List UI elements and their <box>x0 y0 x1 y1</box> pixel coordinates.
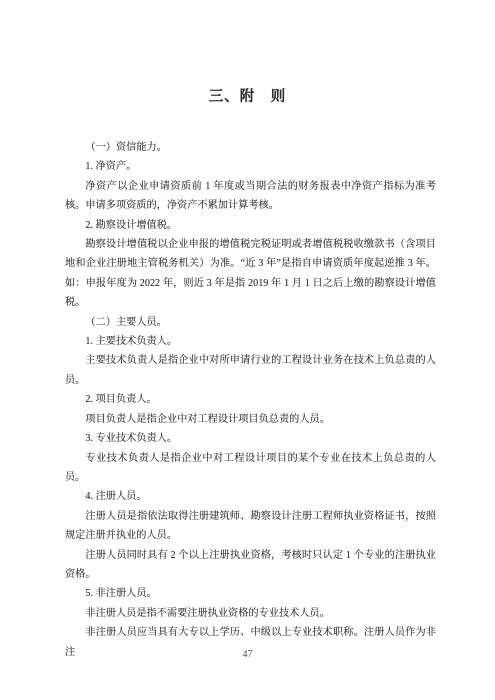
paragraph: 主要技术负责人是指企业中对所申请行业的工程设计业务在技术上负总责的人员。 <box>65 351 436 390</box>
paragraph: 2. 项目负责人。 <box>65 390 436 409</box>
paragraph: 注册人员同时具有 2 个以上注册执业资格，考核时只认定 1 个专业的注册执业资格… <box>65 546 436 585</box>
paragraph: 非注册人员是指不需要注册执业资格的专业技术人员。 <box>65 604 436 623</box>
paragraph: 1. 净资产。 <box>65 157 436 176</box>
document-page: 三、附 则 （一）资信能力。1. 净资产。净资产以企业申请资质前 1 年度或当期… <box>0 0 495 700</box>
paragraph: （一）资信能力。 <box>65 138 436 157</box>
page-title: 三、附 则 <box>0 87 495 108</box>
paragraph: 净资产以企业申请资质前 1 年度或当期合法的财务报表中净资产指标为准考核。申请多… <box>65 177 436 216</box>
document-body: （一）资信能力。1. 净资产。净资产以企业申请资质前 1 年度或当期合法的财务报… <box>65 138 436 662</box>
paragraph: 4. 注册人员。 <box>65 487 436 506</box>
paragraph: 专业技术负责人是指企业中对工程设计项目的某个专业在技术上负总责的人员。 <box>65 449 436 488</box>
paragraph: 1. 主要技术负责人。 <box>65 332 436 351</box>
page-number: 47 <box>0 648 495 662</box>
paragraph: 项目负责人是指企业中对工程设计项目负总责的人员。 <box>65 410 436 429</box>
paragraph: 注册人员是指依法取得注册建筑师、勘察设计注册工程师执业资格证书，按照规定注册并执… <box>65 507 436 546</box>
paragraph: （二）主要人员。 <box>65 313 436 332</box>
paragraph: 5. 非注册人员。 <box>65 584 436 603</box>
paragraph: 2. 勘察设计增值税。 <box>65 216 436 235</box>
paragraph: 勘察设计增值税以企业申报的增值税完税证明或者增值税税收缴款书（含项目地和企业注册… <box>65 235 436 313</box>
paragraph: 3. 专业技术负责人。 <box>65 429 436 448</box>
